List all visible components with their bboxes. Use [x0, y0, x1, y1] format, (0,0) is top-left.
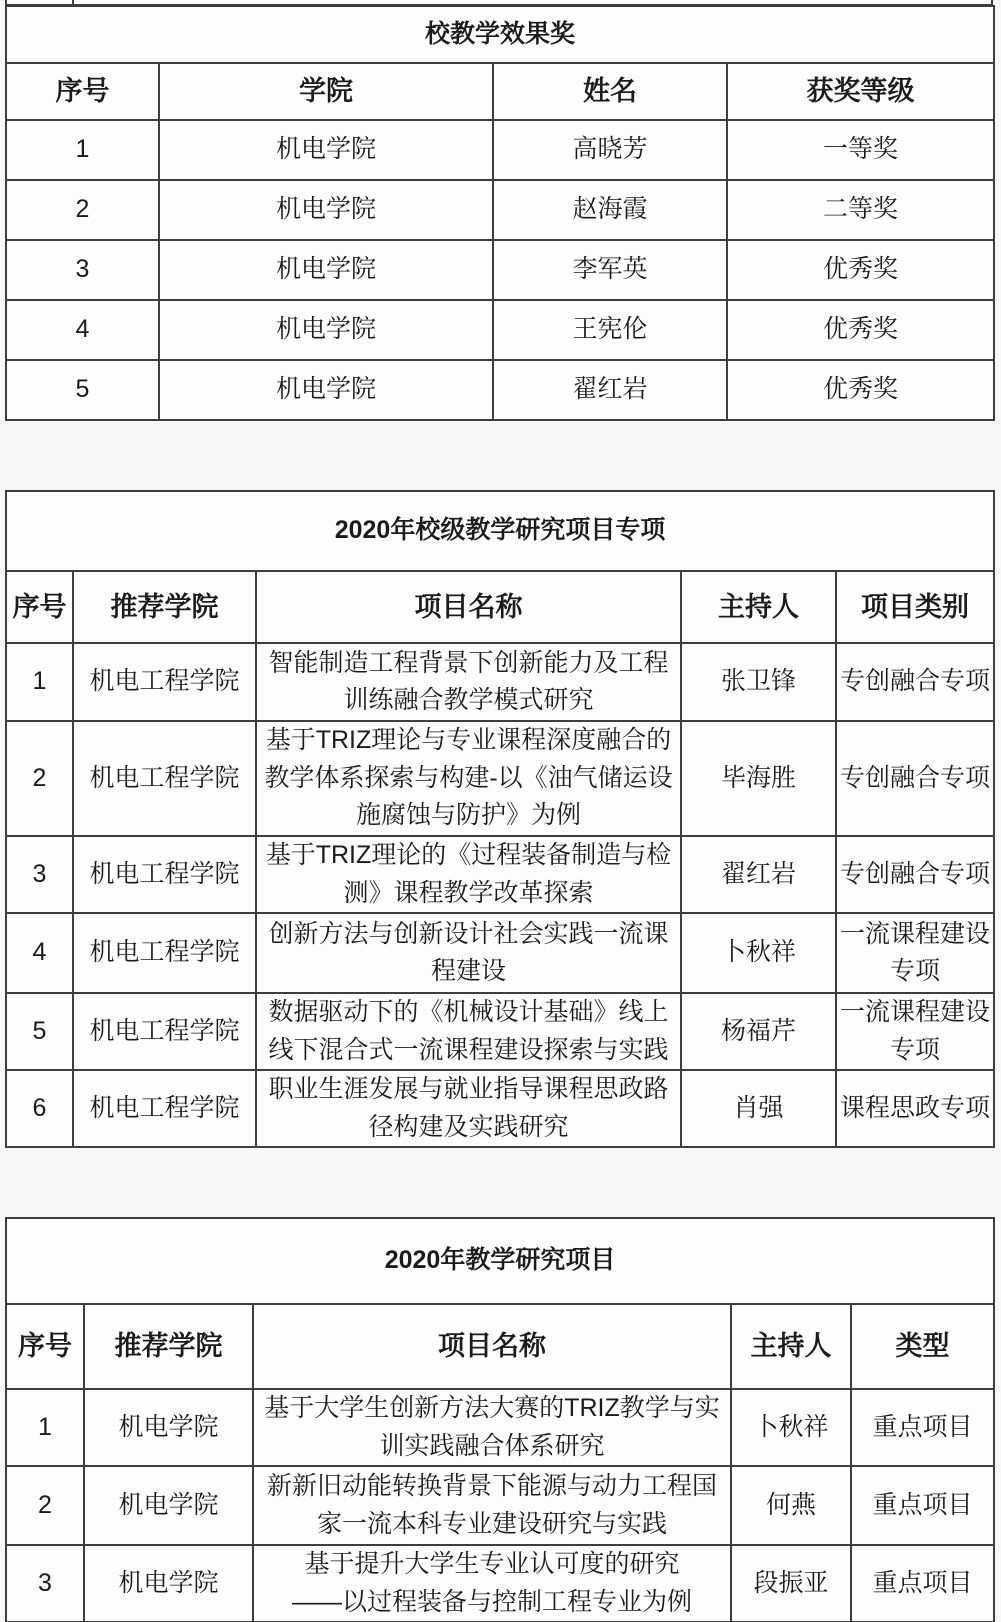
table-title: 2020年教学研究项目 [6, 1218, 994, 1304]
cell-name: 翟红岩 [493, 360, 727, 420]
cell-award: 一等奖 [727, 120, 994, 180]
cell-award: 优秀奖 [727, 300, 994, 360]
cell-project-name: 数据驱动下的《机械设计基础》线上 线下混合式一流课程建设探索与实践 [256, 993, 681, 1070]
cell-index: 4 [6, 913, 73, 993]
cell-college: 机电学院 [159, 300, 493, 360]
column-header: 项目名称 [253, 1304, 731, 1389]
cell-index: 6 [6, 1070, 73, 1147]
cell-college: 机电学院 [159, 120, 493, 180]
cell-leader: 张卫锋 [681, 643, 836, 721]
table-row: 2 机电学院 赵海霞 二等奖 [6, 180, 994, 240]
cell-leader: 肖强 [681, 1070, 836, 1147]
cell-category: 专创融合专项 [836, 836, 994, 913]
cell-project-name: 基于大学生创新方法大赛的TRIZ教学与实 训实践融合体系研究 [253, 1389, 731, 1466]
table-row: 2 机电工程学院 基于TRIZ理论与专业课程深度融合的 教学体系探索与构建-以《… [6, 721, 994, 836]
cell-project-name: 基于TRIZ理论的《过程装备制造与检 测》课程教学改革探索 [256, 836, 681, 913]
cell-category: 课程思政专项 [836, 1070, 994, 1147]
cell-college: 机电学院 [84, 1466, 253, 1545]
cell-project-name: 创新方法与创新设计社会实践一流课 程建设 [256, 913, 681, 993]
cell-name: 李军英 [493, 240, 727, 300]
cell-project-name: 新新旧动能转换背景下能源与动力工程国 家一流本科专业建设研究与实践 [253, 1466, 731, 1545]
cell-category: 一流课程建设 专项 [836, 913, 994, 993]
cell-leader: 何燕 [731, 1466, 851, 1545]
cell-index: 5 [6, 993, 73, 1070]
column-header: 主持人 [731, 1304, 851, 1389]
cell-category: 重点项目 [851, 1389, 994, 1466]
column-header: 主持人 [681, 571, 836, 643]
cell-leader: 杨福芹 [681, 993, 836, 1070]
cell-project-name: 基于TRIZ理论与专业课程深度融合的 教学体系探索与构建-以《油气储运设 施腐蚀… [256, 721, 681, 836]
table-row: 3 机电学院 基于提升大学生专业认可度的研究 ——以过程装备与控制工程专业为例 … [6, 1545, 994, 1622]
cell-index: 3 [6, 1545, 84, 1622]
cell-index: 3 [6, 836, 73, 913]
cell-college: 机电工程学院 [73, 1070, 256, 1147]
cell-award: 二等奖 [727, 180, 994, 240]
cell-index: 4 [6, 300, 159, 360]
cell-college: 机电学院 [159, 240, 493, 300]
table-row: 4 机电工程学院 创新方法与创新设计社会实践一流课 程建设 卜秋祥 一流课程建设… [6, 913, 994, 993]
column-header: 推荐学院 [84, 1304, 253, 1389]
cell-leader: 卜秋祥 [681, 913, 836, 993]
cell-index: 2 [6, 721, 73, 836]
cell-college: 机电工程学院 [73, 913, 256, 993]
special-projects-table: 2020年校级教学研究项目专项 序号 推荐学院 项目名称 主持人 项目类别 1 … [5, 490, 995, 1148]
cell-index: 2 [6, 180, 159, 240]
column-header: 推荐学院 [73, 571, 256, 643]
cell-index: 2 [6, 1466, 84, 1545]
cell-category: 专创融合专项 [836, 721, 994, 836]
table-row: 3 机电学院 李军英 优秀奖 [6, 240, 994, 300]
column-header: 姓名 [493, 63, 727, 120]
column-header: 类型 [851, 1304, 994, 1389]
cell-name: 赵海霞 [493, 180, 727, 240]
cell-college: 机电学院 [84, 1545, 253, 1622]
cell-index: 1 [6, 120, 159, 180]
cell-category: 重点项目 [851, 1545, 994, 1622]
table-row: 5 机电工程学院 数据驱动下的《机械设计基础》线上 线下混合式一流课程建设探索与… [6, 993, 994, 1070]
cell-project-name: 智能制造工程背景下创新能力及工程 训练融合教学模式研究 [256, 643, 681, 721]
column-header: 获奖等级 [727, 63, 994, 120]
cell-leader: 翟红岩 [681, 836, 836, 913]
cell-college: 机电学院 [159, 180, 493, 240]
cell-college: 机电工程学院 [73, 721, 256, 836]
cell-index: 1 [6, 643, 73, 721]
cell-college: 机电工程学院 [73, 993, 256, 1070]
table-title: 2020年校级教学研究项目专项 [6, 491, 994, 571]
cell-index: 1 [6, 1389, 84, 1466]
cell-name: 王宪伦 [493, 300, 727, 360]
column-header: 项目类别 [836, 571, 994, 643]
cell-project-name: 基于提升大学生专业认可度的研究 ——以过程装备与控制工程专业为例 [253, 1545, 731, 1622]
table-row: 1 机电学院 基于大学生创新方法大赛的TRIZ教学与实 训实践融合体系研究 卜秋… [6, 1389, 994, 1466]
cell-category: 专创融合专项 [836, 643, 994, 721]
cell-project-name: 职业生涯发展与就业指导课程思政路 径构建及实践研究 [256, 1070, 681, 1147]
cell-award: 优秀奖 [727, 240, 994, 300]
cell-award: 优秀奖 [727, 360, 994, 420]
cell-index: 3 [6, 240, 159, 300]
table-row: 2 机电学院 新新旧动能转换背景下能源与动力工程国 家一流本科专业建设研究与实践… [6, 1466, 994, 1545]
column-header: 序号 [6, 63, 159, 120]
award-table: 校教学效果奖 序号 学院 姓名 获奖等级 1 机电学院 高晓芳 一等奖 2 机电… [5, 5, 995, 421]
cell-college: 机电工程学院 [73, 836, 256, 913]
table-row: 1 机电学院 高晓芳 一等奖 [6, 120, 994, 180]
page: 校教学效果奖 序号 学院 姓名 获奖等级 1 机电学院 高晓芳 一等奖 2 机电… [0, 0, 1001, 1622]
cell-college: 机电学院 [159, 360, 493, 420]
table-row: 6 机电工程学院 职业生涯发展与就业指导课程思政路 径构建及实践研究 肖强 课程… [6, 1070, 994, 1147]
column-header: 序号 [6, 1304, 84, 1389]
cell-category: 一流课程建设 专项 [836, 993, 994, 1070]
cell-leader: 毕海胜 [681, 721, 836, 836]
cell-name: 高晓芳 [493, 120, 727, 180]
research-projects-table: 2020年教学研究项目 序号 推荐学院 项目名称 主持人 类型 1 机电学院 基… [5, 1217, 995, 1622]
cell-leader: 段振亚 [731, 1545, 851, 1622]
cell-college: 机电工程学院 [73, 643, 256, 721]
table-row: 4 机电学院 王宪伦 优秀奖 [6, 300, 994, 360]
column-header: 学院 [159, 63, 493, 120]
cell-leader: 卜秋祥 [731, 1389, 851, 1466]
column-header: 项目名称 [256, 571, 681, 643]
cell-category: 重点项目 [851, 1466, 994, 1545]
cutoff-column-divider [72, 0, 74, 4]
table-row: 3 机电工程学院 基于TRIZ理论的《过程装备制造与检 测》课程教学改革探索 翟… [6, 836, 994, 913]
table-row: 1 机电工程学院 智能制造工程背景下创新能力及工程 训练融合教学模式研究 张卫锋… [6, 643, 994, 721]
table-title: 校教学效果奖 [6, 6, 994, 63]
cell-index: 5 [6, 360, 159, 420]
table-row: 5 机电学院 翟红岩 优秀奖 [6, 360, 994, 420]
column-header: 序号 [6, 571, 73, 643]
cell-college: 机电学院 [84, 1389, 253, 1466]
